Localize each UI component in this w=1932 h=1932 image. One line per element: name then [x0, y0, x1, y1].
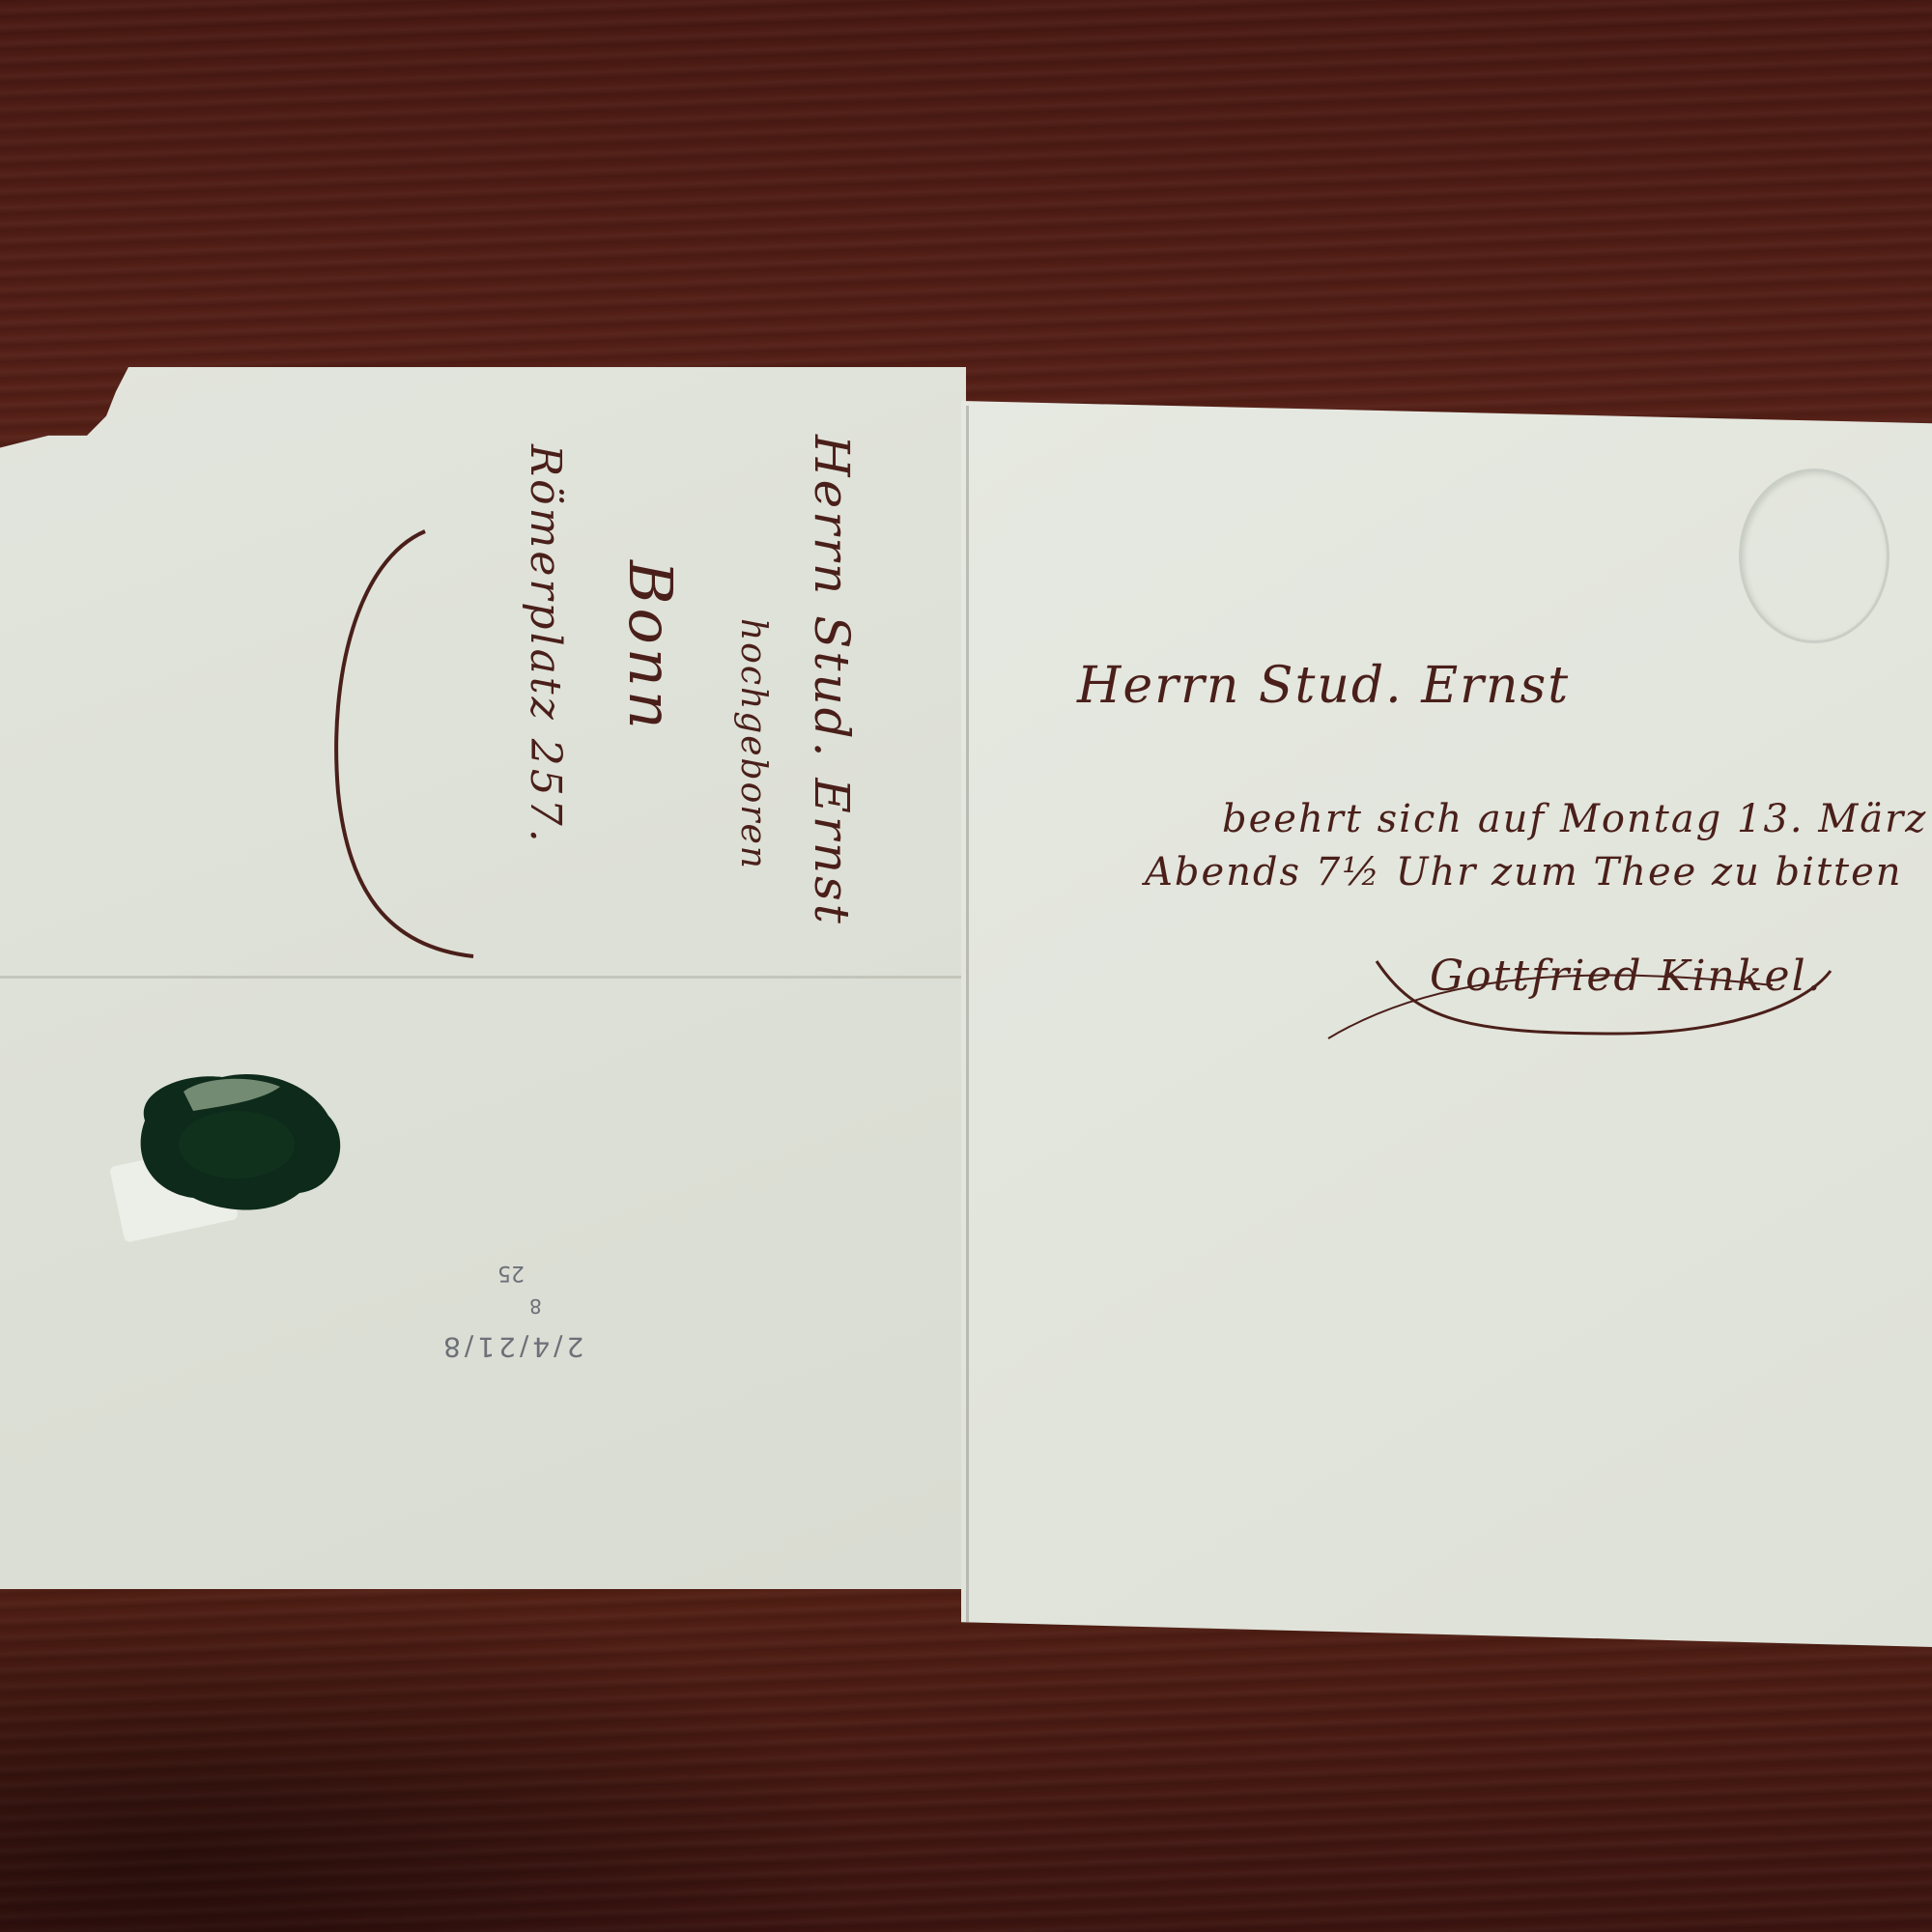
letter-body-line-1: beehrt sich auf Montag 13. März	[1222, 797, 1927, 841]
address-line-2: hochgeboren	[733, 618, 773, 870]
wax-seal-icon	[126, 1063, 348, 1217]
address-city: Bonn	[615, 560, 686, 733]
pencil-mark-2: 8	[529, 1294, 542, 1318]
vertical-fold-crease	[966, 406, 969, 1623]
letter-body-line-2: Abends 7½ Uhr zum Thee zu bitten	[1145, 850, 1903, 895]
address-street: Römerplatz 257.	[521, 444, 570, 845]
embossed-stamp-icon	[1739, 469, 1889, 643]
address-oval-flourish-icon	[319, 522, 483, 966]
table-shadow	[0, 1565, 869, 1932]
pencil-mark-3: 2/4/21/8	[440, 1331, 583, 1363]
letter-salutation: Herrn Stud. Ernst	[1077, 657, 1570, 715]
horizontal-fold-crease	[0, 976, 966, 979]
pencil-mark-1: 25	[497, 1261, 525, 1285]
address-line-1: Herrn Stud. Ernst	[804, 435, 860, 926]
letter-signature: Gottfried Kinkel.	[1430, 952, 1823, 1001]
